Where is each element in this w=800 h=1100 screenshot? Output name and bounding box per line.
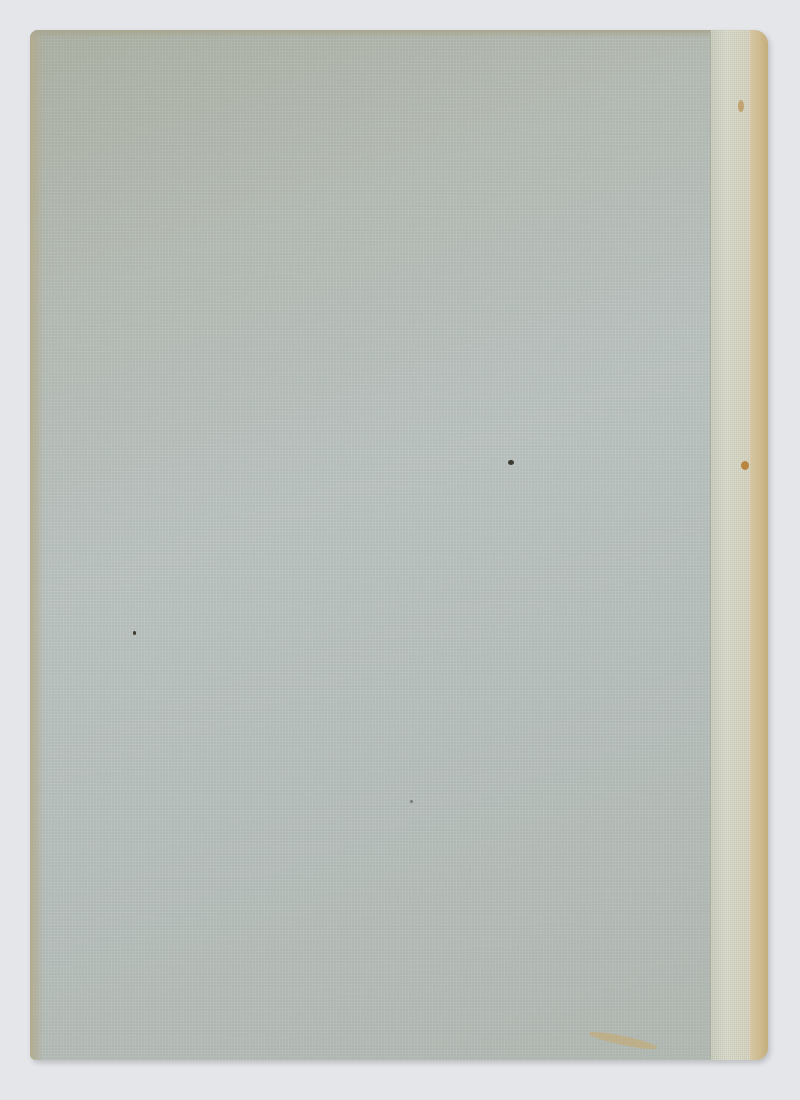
cover-worn-edge-top: [30, 30, 710, 38]
book-spine-cloth: [710, 30, 751, 1060]
book: [30, 30, 768, 1060]
rust-spot: [741, 461, 749, 470]
cover-worn-edge-left: [30, 30, 44, 1060]
rust-spot: [738, 100, 744, 112]
book-page-edges: [750, 30, 768, 1060]
speck: [133, 631, 136, 635]
book-back-cover: [30, 30, 710, 1060]
speck: [508, 460, 514, 465]
speck: [410, 800, 413, 803]
